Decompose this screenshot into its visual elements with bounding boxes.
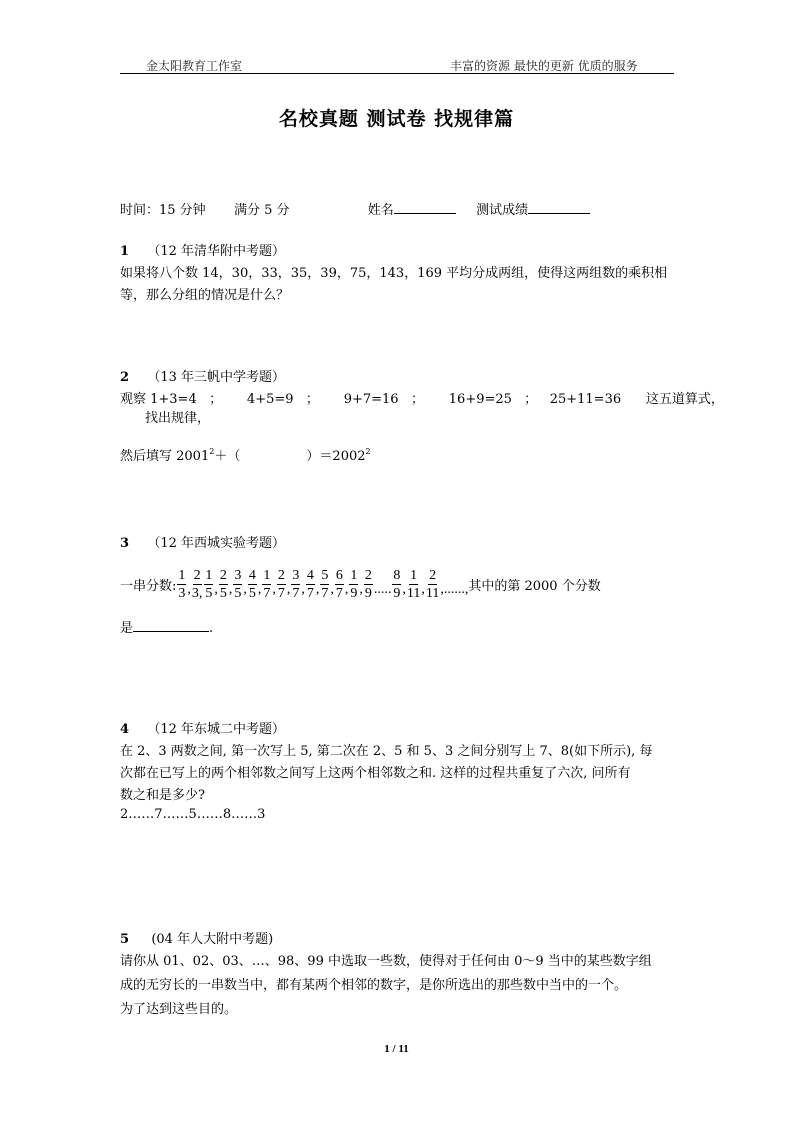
- question-4-header: 4 （12 年东城二中考题）: [120, 719, 680, 741]
- fraction: 47: [306, 567, 315, 602]
- name-label: 姓名: [368, 203, 394, 218]
- fraction-separator: ,: [345, 582, 349, 598]
- question-5-line-1: 请你从 01、02、03、…、98、99 中选取一些数，使得对于任何由 0～9 …: [120, 951, 680, 973]
- fraction: 15: [204, 567, 213, 602]
- question-2-line-2: 找出规律，: [145, 408, 705, 430]
- question-number: 2: [120, 370, 129, 385]
- question-source: （12 年清华附中考题）: [147, 244, 285, 259]
- fraction: 13: [177, 567, 186, 602]
- fraction-separator: .....: [374, 582, 392, 598]
- fraction: 45: [248, 567, 257, 602]
- fraction-separator: ,......,: [440, 582, 468, 598]
- fraction-suffix: 其中的第 2000 个分数: [468, 575, 600, 594]
- question-source: (04 年人大附中考题): [151, 932, 273, 947]
- fraction-separator: ,: [316, 582, 320, 598]
- fraction: 29: [364, 567, 373, 602]
- fraction-separator: ,: [301, 582, 305, 598]
- question-number: 1: [120, 244, 129, 259]
- fraction: 35: [233, 567, 242, 602]
- header-right-text: 丰富的资源 最快的更新 优质的服务: [450, 57, 638, 74]
- fraction-separator: ,: [187, 582, 191, 598]
- fraction-separator: ,: [330, 582, 334, 598]
- page-title: 名校真题 测试卷 找规律篇: [0, 104, 793, 131]
- info-score: 满分 5 分: [234, 203, 290, 218]
- answer-blank: ＋（ ）＝2002: [214, 449, 365, 464]
- fraction: 25: [219, 567, 228, 602]
- name-field[interactable]: [394, 201, 456, 214]
- fraction: 89: [392, 567, 401, 602]
- question-5-line-3: 为了达到这些目的。: [120, 999, 680, 1021]
- question-2-fill-line: 然后填写 20012＋（ ）＝20022: [120, 441, 680, 468]
- question-3-header: 3 （12 年西城实验考题）: [120, 533, 680, 555]
- fraction: 27: [277, 567, 286, 602]
- question-5-header: 5 (04 年人大附中考题): [120, 929, 680, 951]
- fraction-separator: ,: [287, 582, 291, 598]
- fraction-separator: ,: [214, 582, 218, 598]
- fraction-prefix: 一串分数:: [120, 575, 176, 594]
- fraction-separator: ,: [402, 582, 406, 598]
- fraction-separator: ,: [258, 582, 262, 598]
- question-1-line-2: 等，那么分组的情况是什么？: [120, 285, 680, 307]
- header-divider: [120, 73, 674, 74]
- question-5-line-2: 成的无穷长的一串数当中，都有某两个相邻的数字，是你所选出的那些数中当中的一个。: [120, 975, 680, 997]
- fraction-separator: ,: [243, 582, 247, 598]
- result-label: 测试成绩: [476, 203, 528, 218]
- fraction-separator: ,: [229, 582, 233, 598]
- fraction-separator: ,: [421, 582, 425, 598]
- question-3-answer-line: 是.: [120, 618, 680, 640]
- question-1-header: 1 （12 年清华附中考题）: [120, 241, 680, 263]
- question-number: 4: [120, 722, 129, 737]
- question-2-header: 2 （13 年三帆中学考题）: [120, 367, 680, 389]
- fraction: 23,: [192, 567, 203, 602]
- question-number: 3: [120, 536, 129, 551]
- question-4-line-1: 在 2、3 两数之间, 第一次写上 5, 第二次在 2、5 和 5、3 之间分别…: [120, 741, 680, 763]
- fraction: 111: [407, 567, 420, 602]
- header-left-text: 金太阳教育工作室: [146, 57, 242, 74]
- fraction: 67: [335, 567, 344, 602]
- question-1-line-1: 如果将八个数 14，30，33，35，39，75，143，169 平均分成两组，…: [120, 263, 680, 285]
- fraction: 17: [262, 567, 271, 602]
- info-time: 时间：15 分钟: [120, 203, 206, 218]
- fraction-sequence: 一串分数: 13,23,15,25,35,45,17,27,37,47,57,6…: [120, 562, 601, 606]
- info-row: 时间：15 分钟 满分 5 分 姓名 测试成绩: [120, 200, 680, 222]
- answer-blank[interactable]: [133, 619, 209, 632]
- fraction: 211: [426, 567, 439, 602]
- fraction-separator: ,: [272, 582, 276, 598]
- fraction: 19: [349, 567, 358, 602]
- fraction: 37: [291, 567, 300, 602]
- question-source: （12 年西城实验考题）: [147, 536, 285, 551]
- page-number: 1 / 11: [0, 1043, 793, 1055]
- question-4-line-4: 2……7……5……8……3: [120, 804, 680, 826]
- fraction-separator: ,: [359, 582, 363, 598]
- question-source: （13 年三帆中学考题）: [147, 370, 285, 385]
- fraction: 57: [320, 567, 329, 602]
- question-source: （12 年东城二中考题）: [147, 722, 285, 737]
- result-field[interactable]: [528, 201, 590, 214]
- question-number: 5: [120, 932, 129, 947]
- question-4-line-2: 次都在已写上的两个相邻数之间写上这两个相邻数之和. 这样的过程共重复了六次, 问…: [120, 763, 680, 785]
